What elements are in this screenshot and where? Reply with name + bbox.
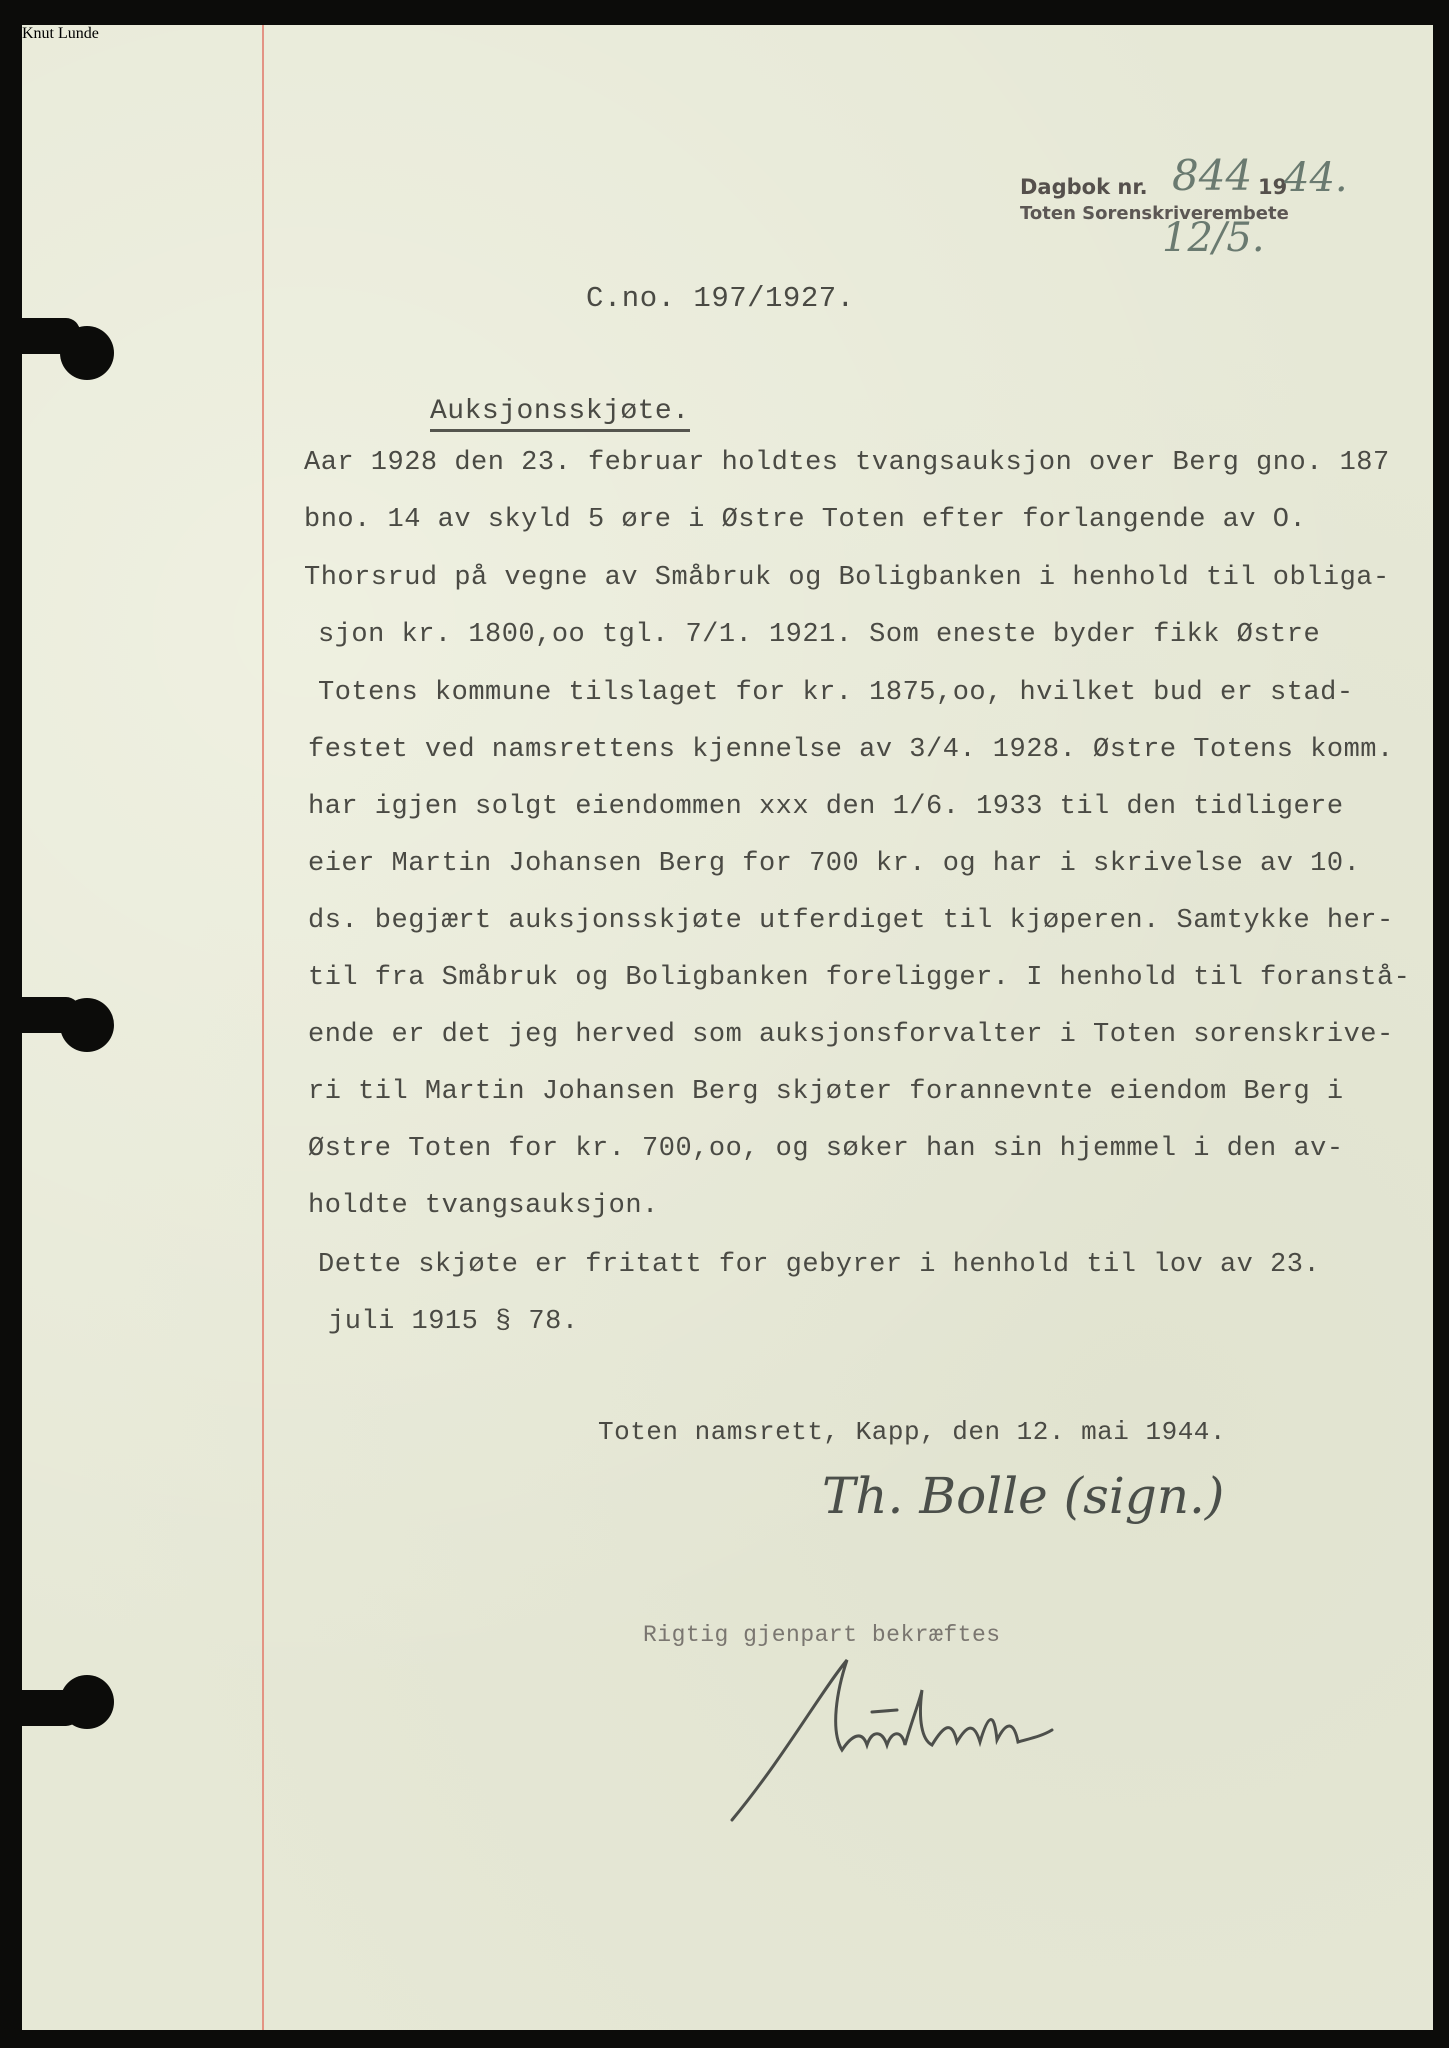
dagbok-label: Dagbok nr. — [1020, 175, 1148, 199]
body-line-8: eier Martin Johansen Berg for 700 kr. og… — [308, 849, 1360, 879]
binder-hole-1 — [60, 326, 114, 380]
body-line-1: Aar 1928 den 23. februar holdtes tvangsa… — [304, 448, 1390, 478]
fee-line-2: juli 1915 § 78. — [328, 1307, 579, 1337]
body-line-13: Østre Toten for kr. 700,oo, og søker han… — [308, 1134, 1344, 1164]
signature-clerk — [722, 1650, 1062, 1830]
body-line-4: sjon kr. 1800,oo tgl. 7/1. 1921. Som ene… — [318, 620, 1320, 650]
year-suffix: 44. — [1284, 155, 1348, 201]
signature-judge: Th. Bolle (sign.) — [822, 1467, 1224, 1525]
body-line-2: bno. 14 av skyld 5 øre i Østre Toten eft… — [304, 505, 1306, 535]
body-line-10: til fra Småbruk og Boligbanken foreligge… — [308, 963, 1410, 993]
dagbok-number: 844 — [1172, 151, 1252, 200]
year-prefix: 19 — [1258, 175, 1287, 199]
binder-hole-2 — [60, 998, 114, 1052]
document-title: Auksjonsskjøte. — [430, 396, 690, 432]
case-number: C.no. 197/1927. — [586, 282, 855, 315]
body-line-12: ri til Martin Johansen Berg skjøter fora… — [308, 1077, 1344, 1107]
certification-stamp: Rigtig gjenpart bekræftes — [643, 1622, 1001, 1648]
binder-hole-3 — [60, 1675, 114, 1729]
body-line-5: Totens kommune tilslaget for kr. 1875,oo… — [318, 678, 1354, 708]
document-page: Dagbok nr. 844 19 44. Toten Sorenskriver… — [22, 25, 1433, 2030]
body-line-9: ds. begjært auksjonsskjøte utferdiget ti… — [308, 906, 1394, 936]
place-date: Toten namsrett, Kapp, den 12. mai 1944. — [598, 1417, 1226, 1447]
handwritten-date: 12/5. — [1162, 215, 1265, 261]
body-line-3: Thorsrud på vegne av Småbruk og Boligban… — [304, 563, 1390, 593]
body-line-6: festet ved namsrettens kjennelse av 3/4.… — [308, 735, 1394, 765]
body-line-14: holdte tvangsauksjon. — [308, 1191, 659, 1221]
body-line-11: ende er det jeg herved som auksjonsforva… — [308, 1020, 1394, 1050]
fee-line-1: Dette skjøte er fritatt for gebyrer i he… — [318, 1250, 1320, 1280]
body-line-7: har igjen solgt eiendommen xxx den 1/6. … — [308, 792, 1344, 822]
red-margin-line — [262, 25, 264, 2030]
